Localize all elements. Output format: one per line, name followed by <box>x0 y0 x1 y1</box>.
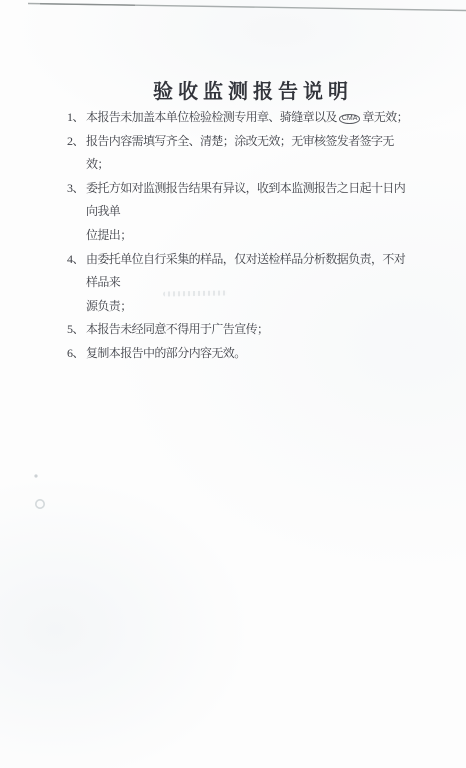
note-text: 本报告未加盖本单位检验检测专用章、骑缝章以及 <box>86 110 337 124</box>
note-text-after-mark: 章无效； <box>362 110 408 124</box>
note-text-line: 本报告未加盖本单位检验检测专用章、骑缝章以及CMA章无效； <box>86 106 415 130</box>
speck-dot <box>34 474 37 477</box>
note-number: 3、 <box>67 177 86 201</box>
note-number: 6、 <box>67 342 86 366</box>
note-body: 报告内容需填写齐全、清楚；涂改无效；无审核签发者签字无效； <box>86 130 415 177</box>
paper-top-edge-line <box>28 4 466 11</box>
punch-ring-mark <box>36 500 44 508</box>
note-body: 由委托单位自行采集的样品，仅对送检样品分析数据负责，不对样品来源负责； <box>86 248 415 319</box>
note-text-line: 报告内容需填写齐全、清楚；涂改无效；无审核签发者签字无效； <box>86 130 415 177</box>
note-body: 本报告未经同意不得用于广告宣传； <box>86 318 415 342</box>
note-text: 由委托单位自行采集的样品，仅对送检样品分析数据负责，不对样品来 <box>86 252 405 290</box>
note-number: 4、 <box>67 248 86 272</box>
note-item: 5、本报告未经同意不得用于广告宣传； <box>67 318 415 342</box>
note-number: 2、 <box>67 130 86 154</box>
note-text: 复制本报告中的部分内容无效。 <box>86 346 246 360</box>
note-continuation-line: 源负责； <box>86 295 415 319</box>
note-text: 本报告未经同意不得用于广告宣传； <box>86 322 268 336</box>
note-text-line: 复制本报告中的部分内容无效。 <box>86 342 415 366</box>
document-title: 验收监测报告说明 <box>40 75 466 104</box>
paper-top-edge-dark-segment <box>40 4 135 5</box>
note-continuation-line: 位提出； <box>86 224 415 248</box>
note-text-line: 由委托单位自行采集的样品，仅对送检样品分析数据负责，不对样品来 <box>86 248 415 295</box>
notes-list: 1、本报告未加盖本单位检验检测专用章、骑缝章以及CMA章无效；2、报告内容需填写… <box>67 106 415 366</box>
note-text: 委托方如对监测报告结果有异议，收到本监测报告之日起十日内向我单 <box>86 181 405 219</box>
cma-mark-icon: CMA <box>339 114 361 124</box>
note-body: 本报告未加盖本单位检验检测专用章、骑缝章以及CMA章无效； <box>86 106 415 130</box>
scanned-document-page: { "page": { "paper_color": "#fdfdfd", "t… <box>0 0 466 768</box>
note-number: 1、 <box>67 106 86 130</box>
note-item: 3、委托方如对监测报告结果有异议，收到本监测报告之日起十日内向我单位提出； <box>67 177 415 248</box>
note-text: 报告内容需填写齐全、清楚；涂改无效；无审核签发者签字无效； <box>86 134 394 172</box>
note-item: 6、复制本报告中的部分内容无效。 <box>67 342 415 366</box>
note-body: 委托方如对监测报告结果有异议，收到本监测报告之日起十日内向我单位提出； <box>86 177 415 248</box>
note-item: 1、本报告未加盖本单位检验检测专用章、骑缝章以及CMA章无效； <box>67 106 415 130</box>
note-text-line: 委托方如对监测报告结果有异议，收到本监测报告之日起十日内向我单 <box>86 177 415 224</box>
note-item: 2、报告内容需填写齐全、清楚；涂改无效；无审核签发者签字无效； <box>67 130 415 177</box>
note-item: 4、由委托单位自行采集的样品，仅对送检样品分析数据负责，不对样品来源负责； <box>67 248 415 319</box>
note-body: 复制本报告中的部分内容无效。 <box>86 342 415 366</box>
note-text-line: 本报告未经同意不得用于广告宣传； <box>86 318 415 342</box>
note-number: 5、 <box>67 318 86 342</box>
